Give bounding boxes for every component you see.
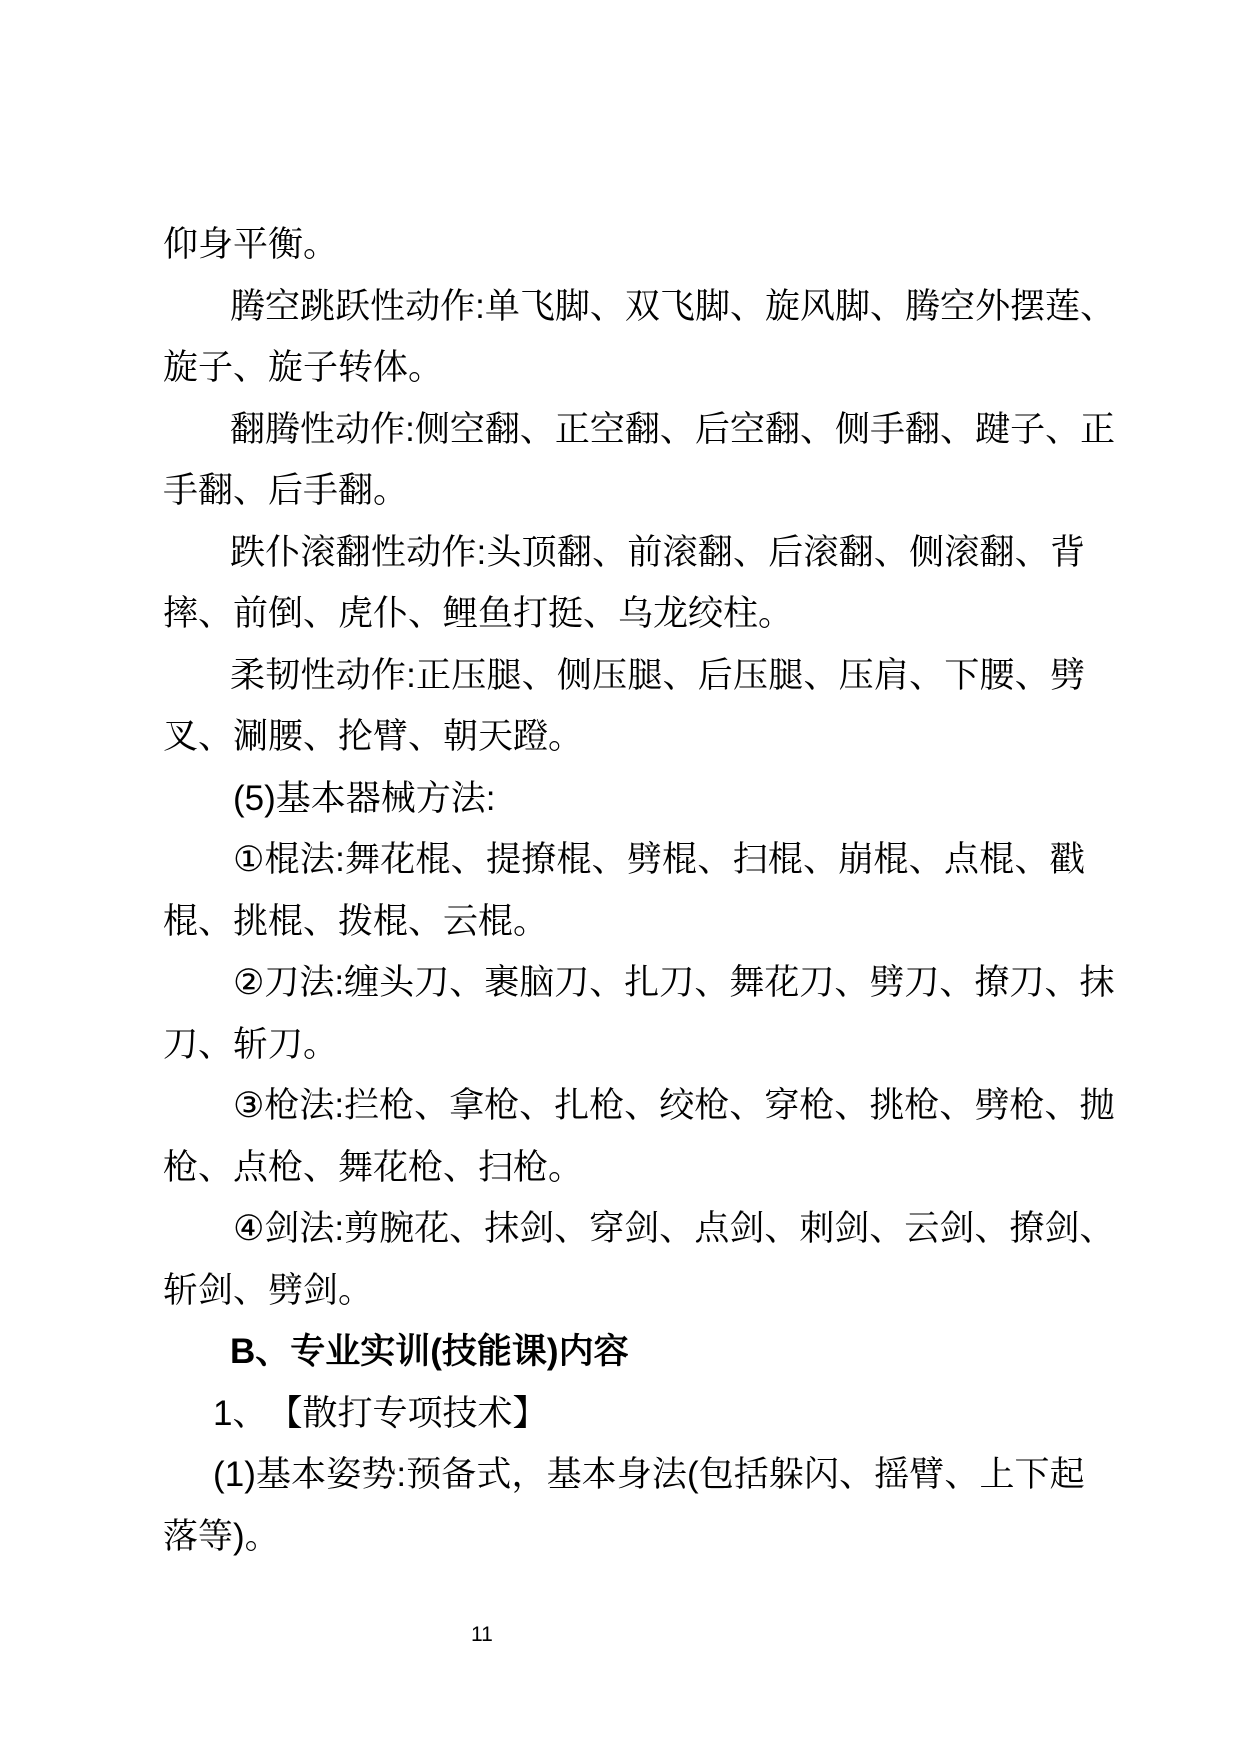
text-line: 棍、挑棍、拨棍、云棍。 xyxy=(163,891,1085,953)
text-line: 摔、前倒、虎仆、鲤鱼打挺、乌龙绞柱。 xyxy=(163,583,1085,645)
text-line: 枪、点枪、舞花枪、扫枪。 xyxy=(163,1137,1085,1199)
text-line: 1、 【散打专项技术】 xyxy=(163,1383,1085,1445)
document-page: 仰身平衡。 腾空跳跃性动作:单飞脚、双飞脚、旋风脚、腾空外摆莲、 旋子、旋子转体… xyxy=(0,0,1240,1754)
text-line: 旋子、旋子转体。 xyxy=(163,337,1085,399)
text-line: 柔韧性动作:正压腿、侧压腿、后压腿、压肩、下腰、劈 xyxy=(163,645,1085,707)
text-line: ①棍法:舞花棍、提撩棍、劈棍、扫棍、崩棍、点棍、戳 xyxy=(163,829,1085,891)
text-line: 翻腾性动作:侧空翻、正空翻、后空翻、侧手翻、踺子、正 xyxy=(163,399,1085,461)
text-line: (5)基本器械方法: xyxy=(163,768,1085,830)
page-number: 11 xyxy=(471,1622,493,1648)
text-line: 仰身平衡。 xyxy=(163,214,1085,276)
text-line: 刀、斩刀。 xyxy=(163,1014,1085,1076)
text-line: 落等)。 xyxy=(163,1506,1085,1568)
text-line: 斩剑、劈剑。 xyxy=(163,1260,1085,1322)
text-line: 腾空跳跃性动作:单飞脚、双飞脚、旋风脚、腾空外摆莲、 xyxy=(163,276,1085,338)
text-line: 叉、涮腰、抡臂、朝天蹬。 xyxy=(163,706,1085,768)
text-line: ③枪法:拦枪、拿枪、扎枪、绞枪、穿枪、挑枪、劈枪、抛 xyxy=(163,1075,1085,1137)
text-line: 手翻、后手翻。 xyxy=(163,460,1085,522)
text-line: ②刀法:缠头刀、裹脑刀、扎刀、舞花刀、劈刀、撩刀、抹 xyxy=(163,952,1085,1014)
section-heading: B、专业实训(技能课)内容 xyxy=(163,1321,1085,1383)
text-line: 跌仆滚翻性动作:头顶翻、前滚翻、后滚翻、侧滚翻、背 xyxy=(163,522,1085,584)
text-line: (1)基本姿势:预备式，基本身法(包括躲闪、摇臂、上下起 xyxy=(163,1444,1085,1506)
text-line: ④剑法:剪腕花、抹剑、穿剑、点剑、刺剑、云剑、撩剑、 xyxy=(163,1198,1085,1260)
document-body: 仰身平衡。 腾空跳跃性动作:单飞脚、双飞脚、旋风脚、腾空外摆莲、 旋子、旋子转体… xyxy=(163,214,1085,1567)
